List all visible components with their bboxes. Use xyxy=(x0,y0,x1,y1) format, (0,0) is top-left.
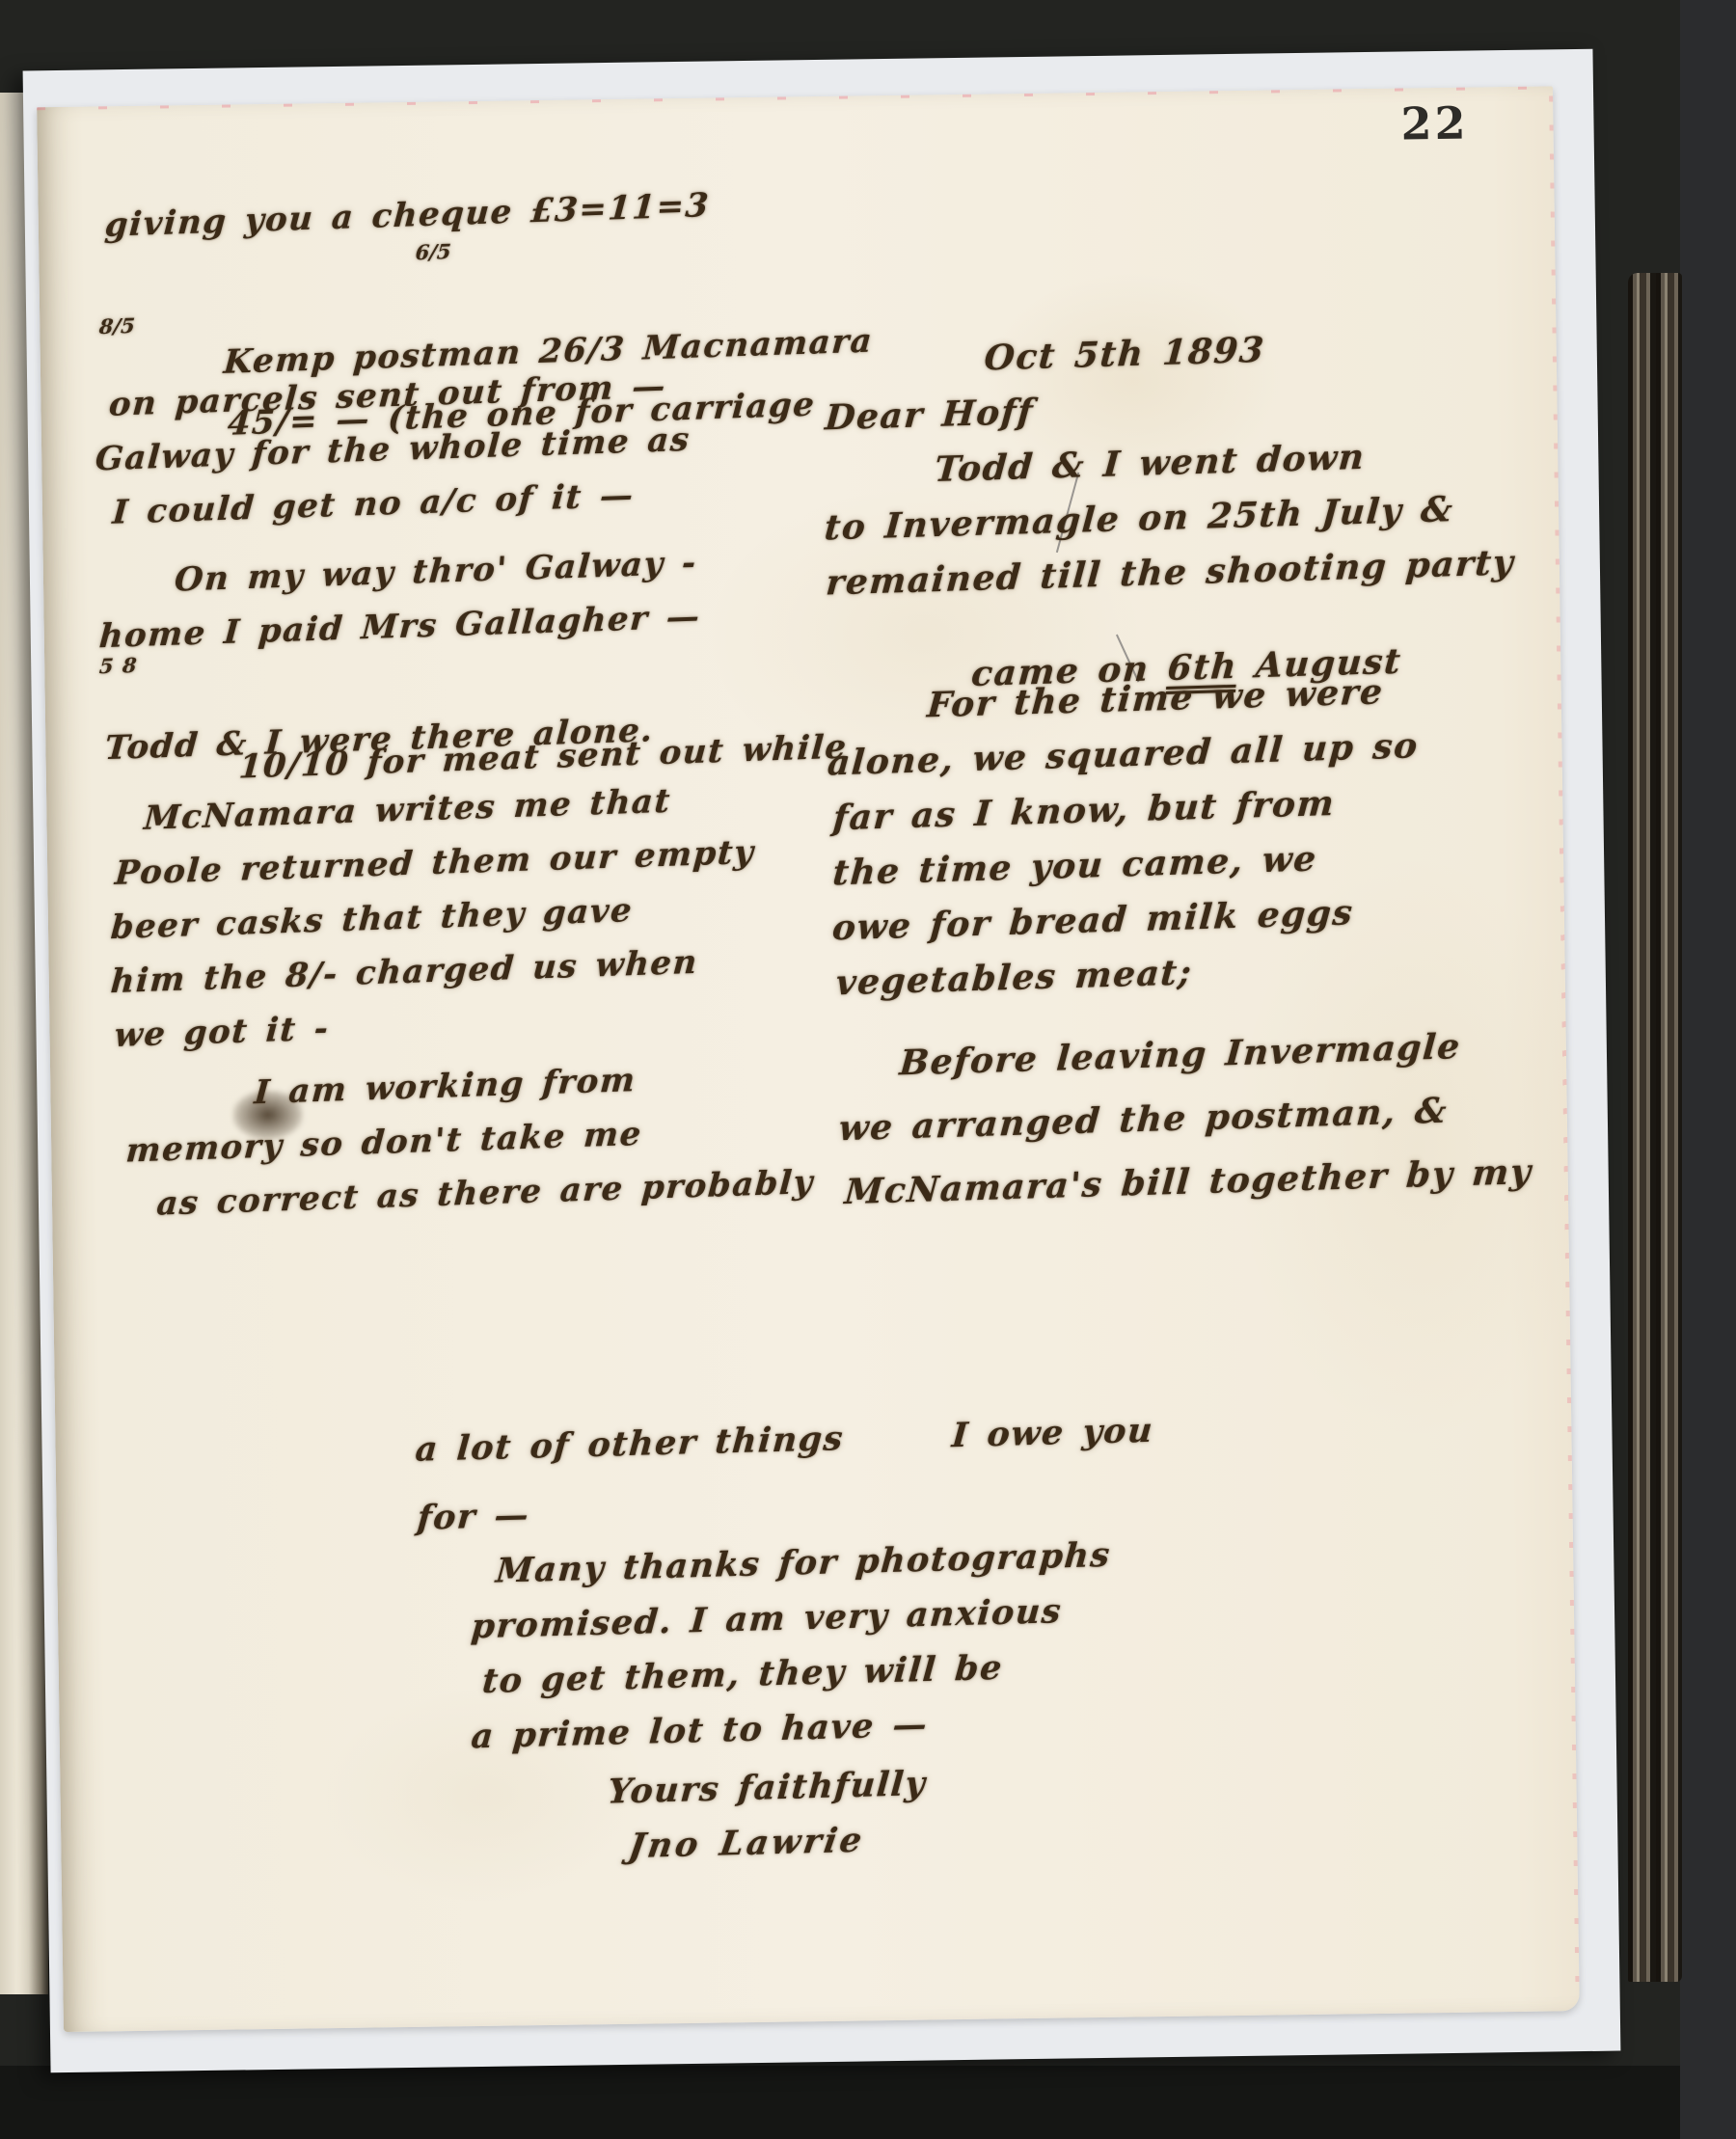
left-column: giving you a cheque £3=11=3 6/5 Kemp pos… xyxy=(84,187,706,1240)
background-right-band xyxy=(1680,0,1736,2139)
handwritten-line: giving you a cheque £3=11=3 xyxy=(83,187,675,260)
handwritten-line: 6/5 Kemp postman 26/3 Macnamara xyxy=(85,251,677,324)
page-number-stamp: 22 xyxy=(1400,97,1469,150)
closing-block: a lot of other things I owe you for — Ma… xyxy=(390,1409,1211,1887)
letter-page: 22 giving you a cheque £3=11=3 6/5 Kemp … xyxy=(37,86,1580,2032)
right-column: Oct 5th 1893 Dear Hoff Todd & I went dow… xyxy=(804,322,1534,1235)
inked-insertion: 6/5 xyxy=(415,239,452,264)
background-bottom-band xyxy=(0,2066,1680,2139)
book-fore-edge xyxy=(1628,273,1682,1982)
page-stack: 22 giving you a cheque £3=11=3 6/5 Kemp … xyxy=(23,49,1621,2073)
inked-insertion: 5 8 xyxy=(98,653,137,678)
handwritten-line: a lot of other things I owe you xyxy=(389,1409,1203,1485)
inked-insertion: 8/5 xyxy=(98,313,136,338)
